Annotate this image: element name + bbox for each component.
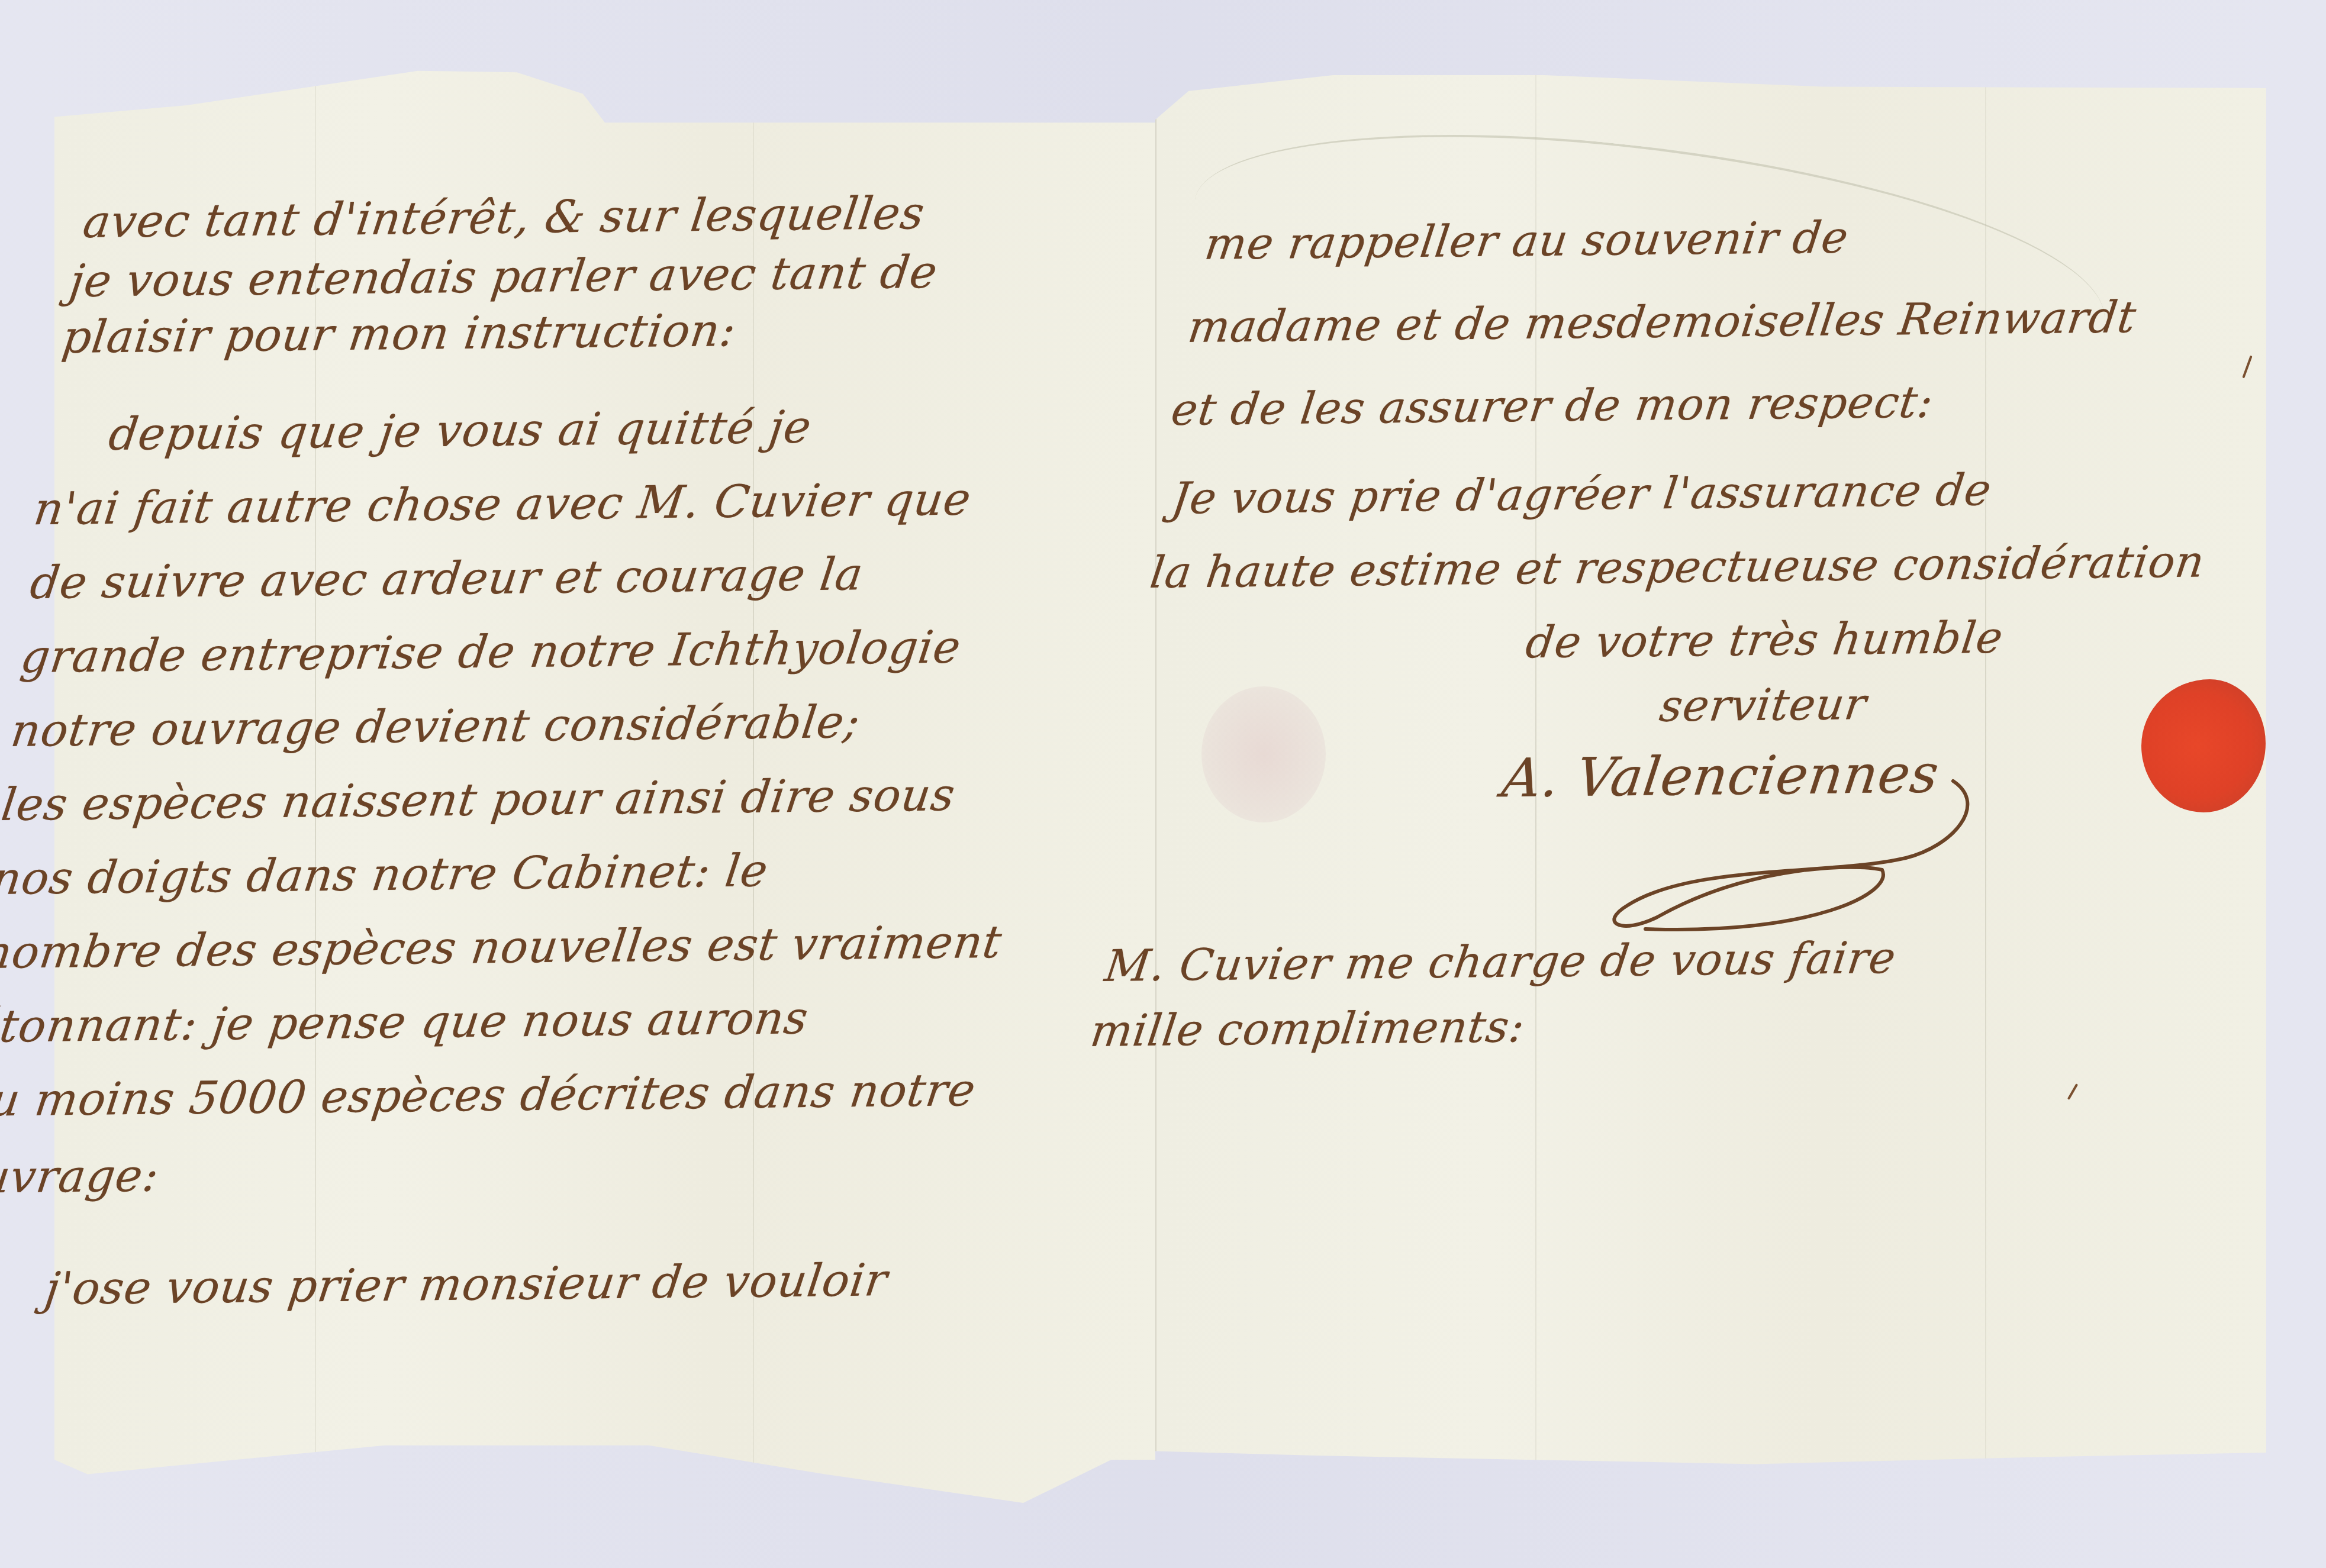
text-line: avec tant d'intérêt, & sur lesquelles (80, 186, 928, 248)
text-line: les espèces naissent pour ainsi dire sou… (0, 768, 958, 831)
text-line: ouvrage: (0, 1148, 162, 1204)
text-line: depuis que je vous ai quitté je (106, 401, 815, 460)
text-line: nos doigts dans notre Cabinet: le (0, 844, 771, 905)
text-line: de suivre avec ardeur et courage la (27, 547, 866, 609)
text-line: au moins 5000 espèces décrites dans notr… (0, 1063, 979, 1127)
text-line: je vous entendais parler avec tant de (66, 246, 940, 307)
postscript-line: mille compliments: (1088, 1001, 1528, 1057)
text-line: plaisir pour mon instruction: (59, 304, 739, 363)
closing-line: serviteur (1657, 679, 1870, 732)
text-line: étonnant: je pense que nous aurons (0, 991, 811, 1053)
text-line: n'ai fait autre chose avec M. Cuvier que (31, 473, 974, 535)
text-line: nombre des espèces nouvelles est vraimen… (0, 915, 1005, 979)
postscript-line: M. Cuvier me charge de vous faire (1102, 933, 1899, 992)
text-line: madame et de mesdemoiselles Reinwardt (1185, 292, 2139, 353)
signature-flourish (1574, 757, 2048, 935)
faded-seal-stain (1201, 686, 1326, 822)
red-wax-seal (2141, 679, 2266, 812)
text-line: et de les assurer de mon respect: (1168, 377, 1937, 435)
text-line: grande entreprise de notre Ichthyologie (18, 620, 964, 683)
text-line: me rappeller au souvenir de (1202, 212, 1852, 270)
text-line: Je vous prie d'agréer l'assurance de (1169, 464, 1995, 524)
closing-line: de votre très humble (1523, 612, 2006, 668)
text-line: j'ose vous prier monsieur de vouloir (42, 1253, 891, 1315)
text-line: notre ouvrage devient considérable; (8, 695, 864, 757)
